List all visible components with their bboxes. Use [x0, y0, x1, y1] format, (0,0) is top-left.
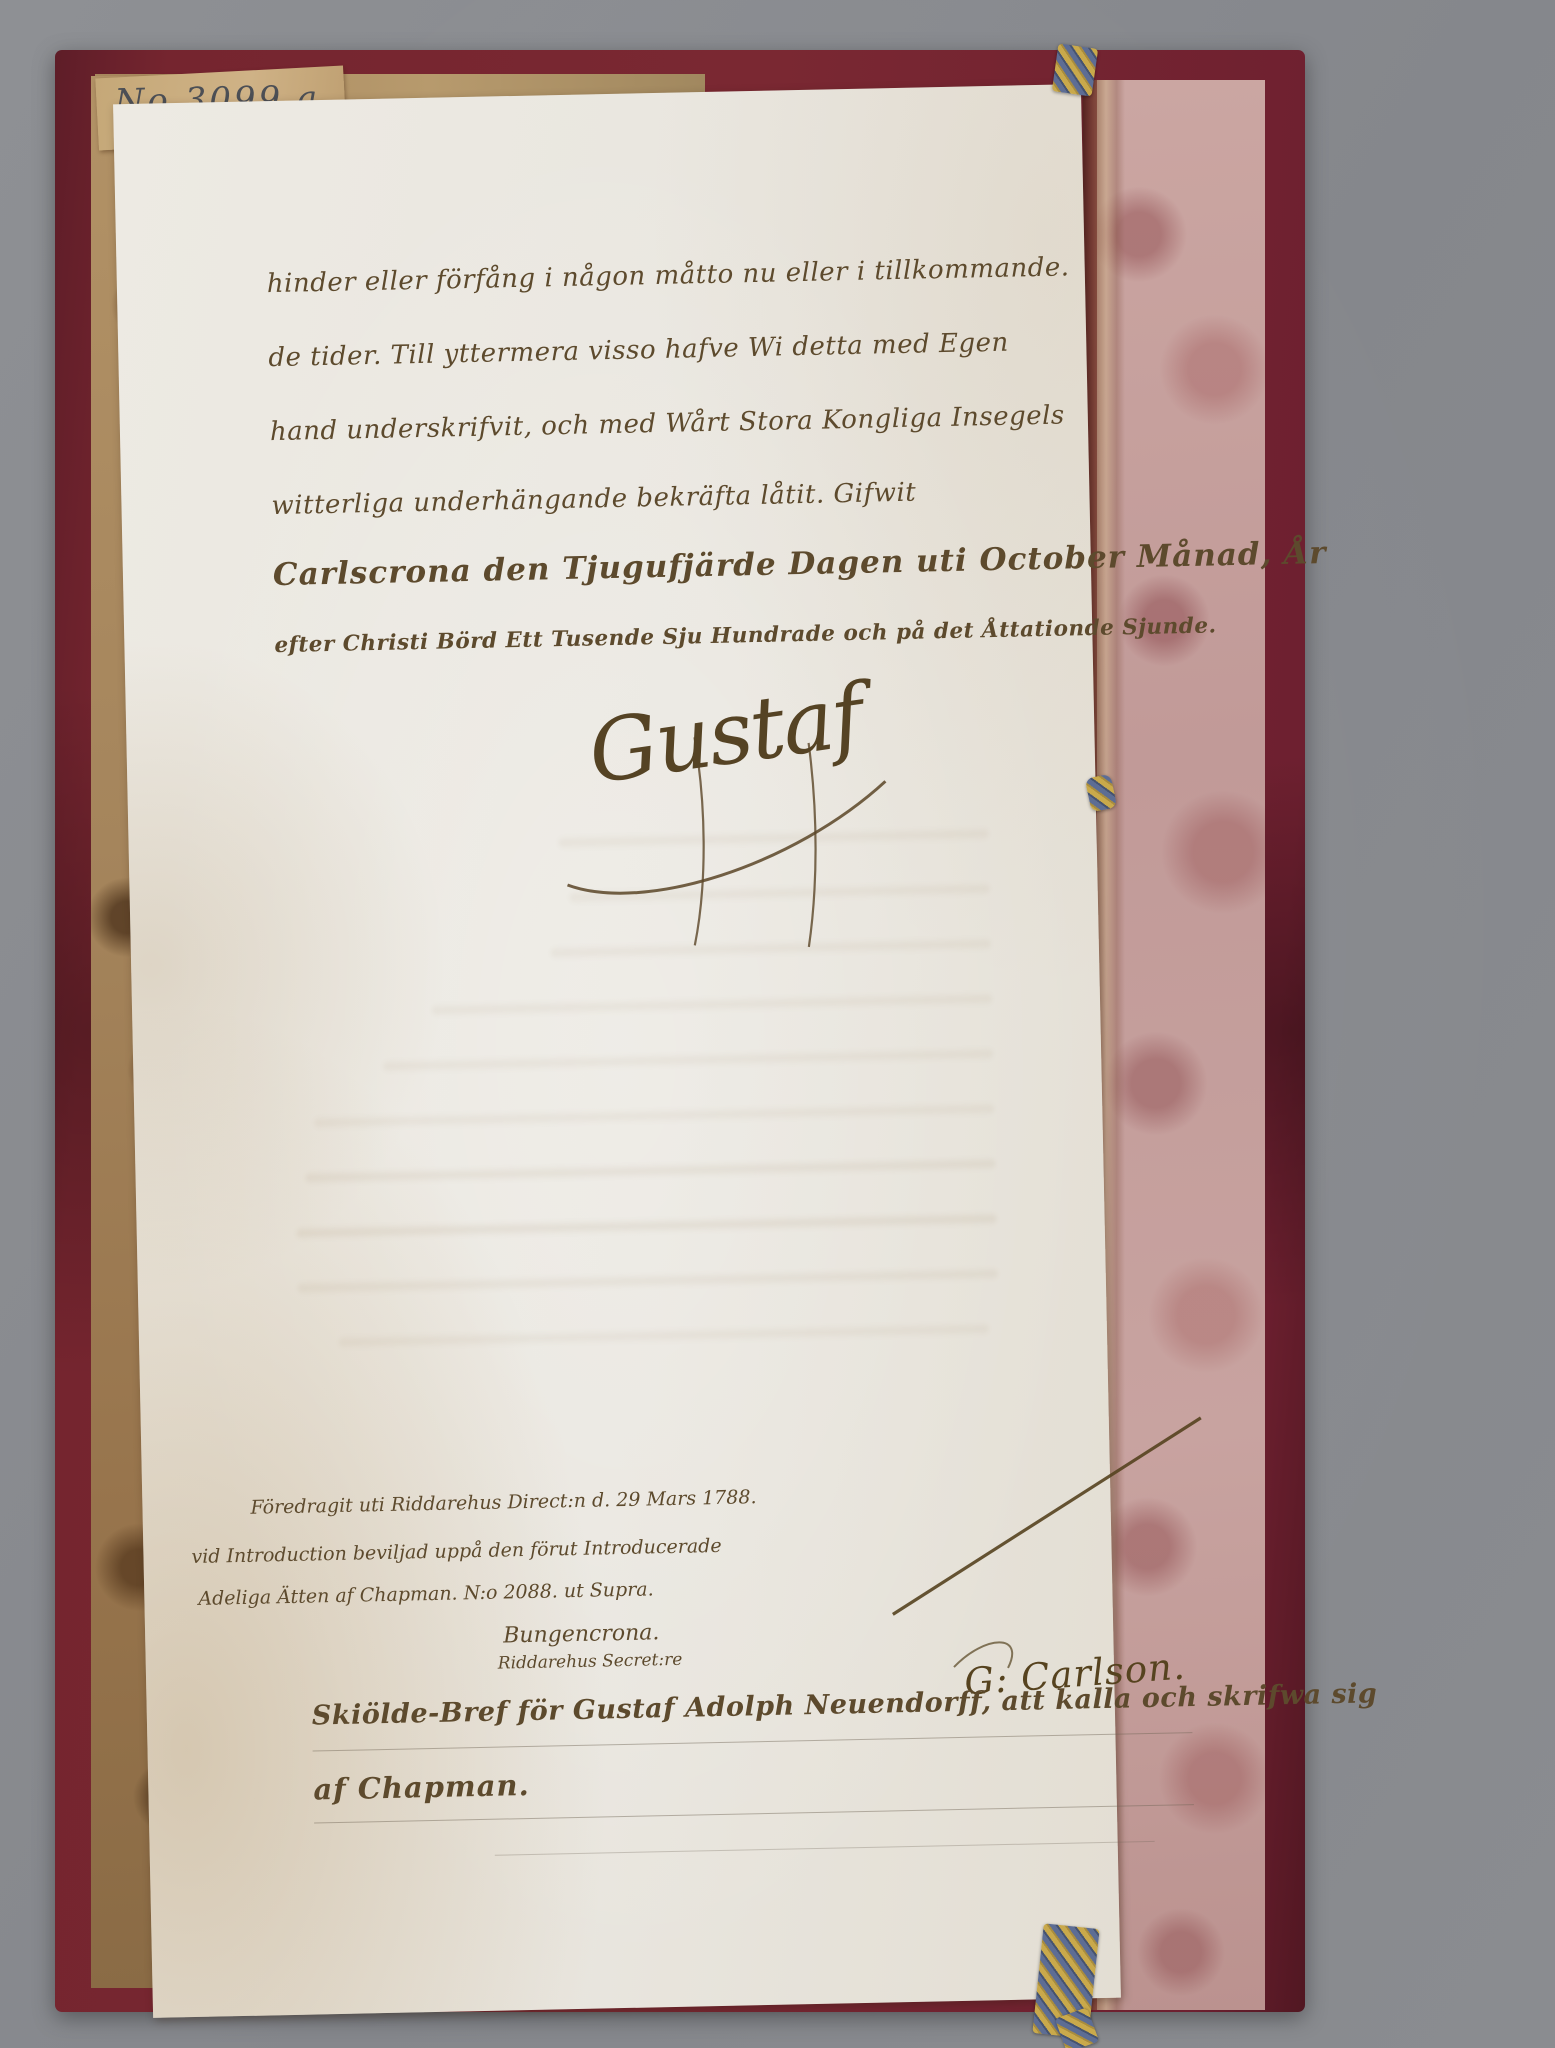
- charter-text-block: hinder eller förfång i någon måtto nu el…: [267, 255, 976, 710]
- charter-line: de tider. Till yttermera visso hafve Wi …: [268, 328, 1009, 374]
- note-line: Föredragit uti Riddarehus Direct:n d. 29…: [250, 1486, 756, 1519]
- note-line: Adeliga Ätten af Chapman. N:o 2088. ut S…: [198, 1578, 654, 1610]
- photo-backdrop: 5 GM No 3099 a hinder eller förfång i nå…: [0, 0, 1555, 2048]
- docket-block: Skiölde-Bref för Gustaf Adolph Neuendorf…: [312, 1682, 1206, 1921]
- royal-signature: Gustaf: [545, 663, 911, 980]
- bleedthrough-line: [298, 1266, 998, 1296]
- parchment-page: hinder eller förfång i någon måtto nu el…: [113, 84, 1121, 2018]
- book-cover-leather: 5 GM No 3099 a hinder eller förfång i nå…: [55, 50, 1305, 2012]
- charter-line: hand underskrifvit, och med Wårt Stora K…: [270, 400, 1065, 447]
- bleedthrough-line: [305, 1156, 995, 1185]
- binding-cord-top: [1052, 43, 1098, 96]
- bleedthrough-line: [314, 1101, 994, 1130]
- docket-line: af Chapman.: [313, 1768, 530, 1807]
- bleedthrough-line: [297, 1211, 997, 1241]
- bleedthrough-line: [432, 991, 992, 1018]
- charter-line: witterliga underhängande bekräfta låtit.…: [271, 478, 916, 521]
- bleedthrough-line: [339, 1321, 989, 1350]
- charter-line-yearline: efter Christi Börd Ett Tusende Sju Hundr…: [274, 613, 1217, 658]
- secretary-signature: Bungencrona.: [503, 1620, 660, 1648]
- pencil-rule: [313, 1732, 1193, 1751]
- bleedthrough-line: [383, 1046, 993, 1074]
- secretary-title: Riddarehus Secret:re: [498, 1650, 683, 1674]
- charter-line: hinder eller förfång i någon måtto nu el…: [267, 252, 1070, 299]
- note-line: vid Introduction beviljad uppå den förut…: [191, 1535, 722, 1568]
- pencil-rule: [314, 1804, 1194, 1823]
- pencil-rule: [495, 1841, 1155, 1856]
